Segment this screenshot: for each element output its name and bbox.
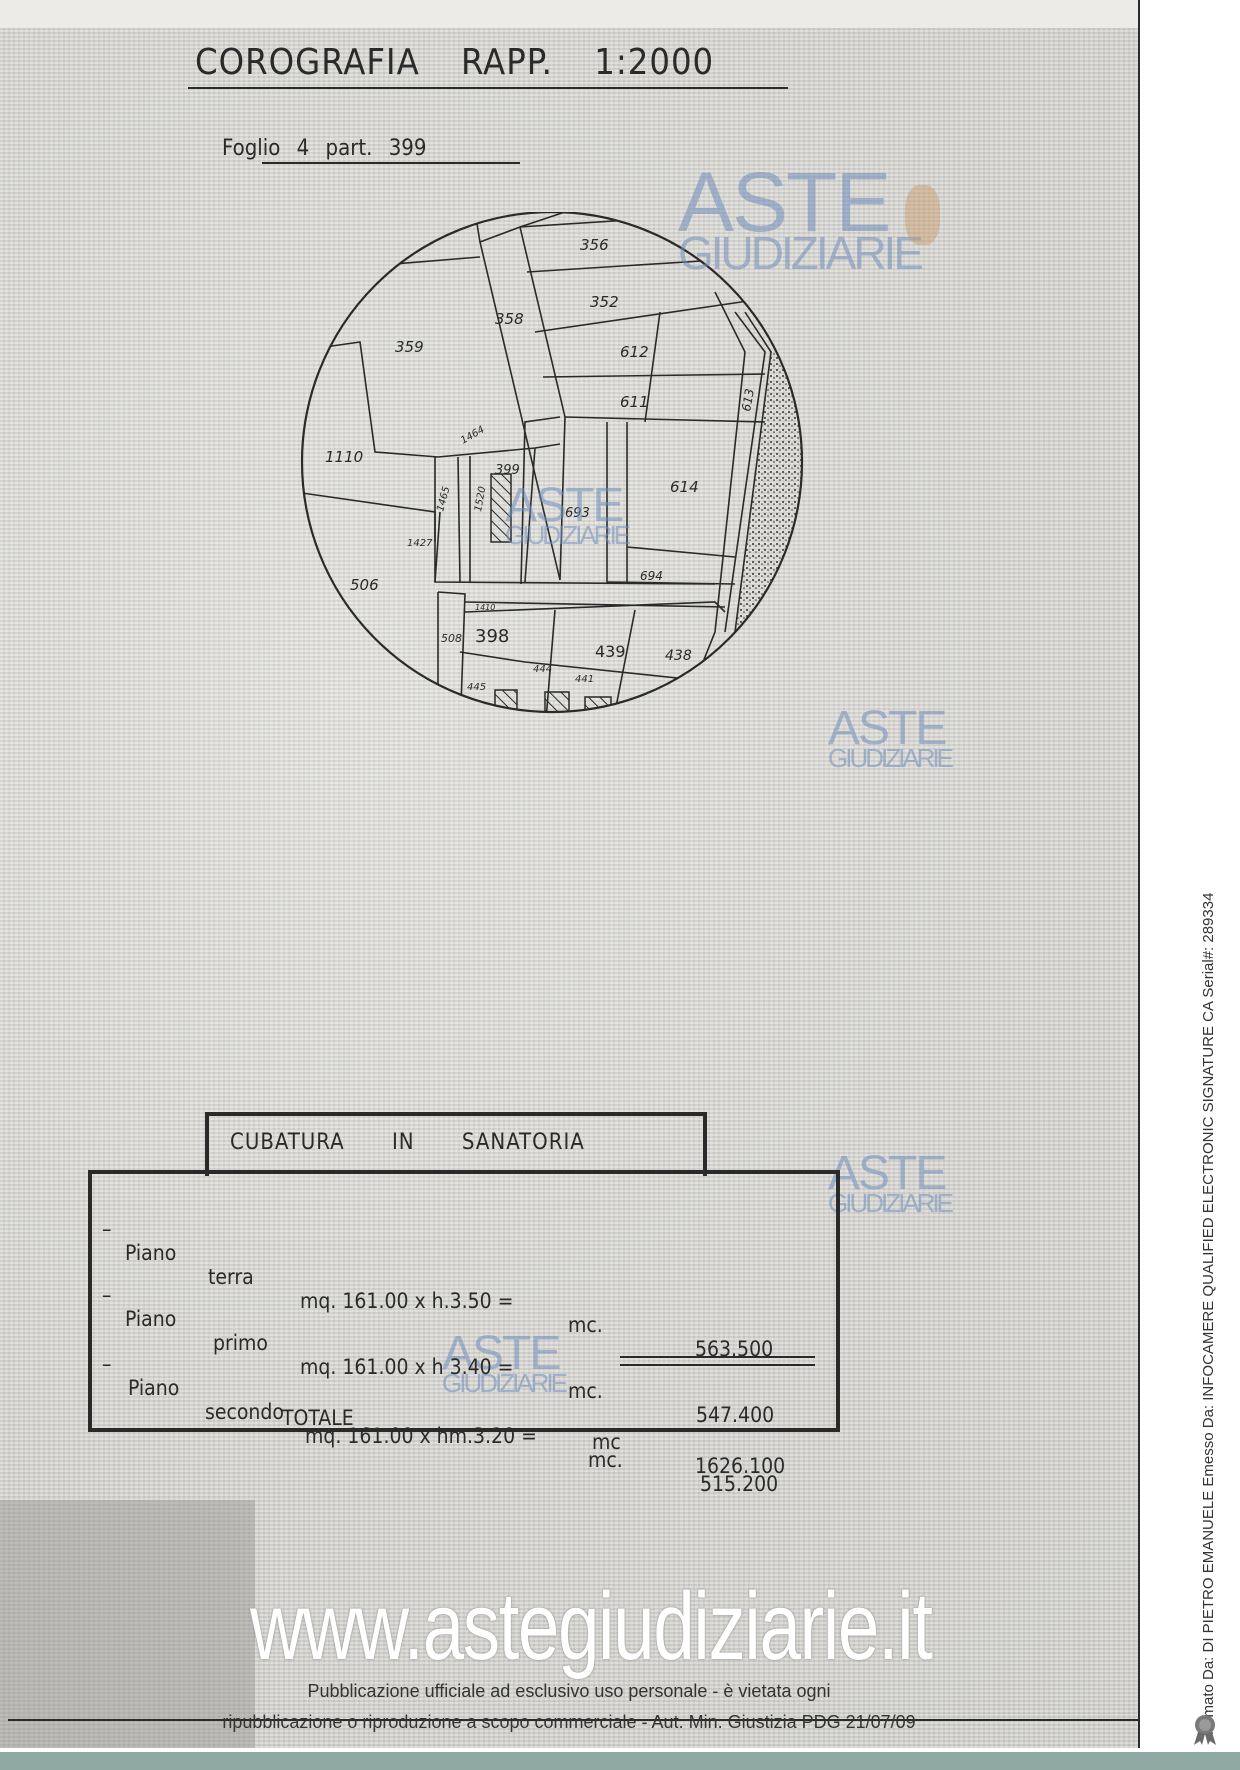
aste-watermark-2: ASTE GIUDIZIARIE [828, 705, 951, 771]
parcel-1464: 1464 [459, 424, 487, 446]
parcel-399: 399 [495, 463, 520, 478]
foglio-subtitle: Foglio 4 part. 399 [222, 136, 426, 161]
aste-watermark-4: ASTE GIUDIZIARIE [828, 1150, 951, 1216]
subtitle-underline [262, 162, 520, 164]
total-value: 1626.100 [695, 1454, 785, 1478]
parcel-611: 611 [620, 393, 649, 411]
parcel-1110: 1110 [325, 448, 363, 466]
cadastral-map: 356 352 358 359 612 611 613 1110 1464 14… [295, 212, 815, 732]
parcel-441: 441 [575, 674, 594, 685]
digital-signature-text: Firmato Da: DI PIETRO EMANUELE Emesso Da… [1200, 893, 1217, 1735]
cubatura-heading: CUBATURA IN SANATORIA [230, 1130, 585, 1155]
aste-watermark-3: ASTE GIUDIZIARIE [505, 482, 628, 548]
watermark-gavel-icon [905, 185, 940, 245]
page-title: COROGRAFIA RAPP. 1:2000 [195, 42, 714, 83]
footer-notice-line2: ripubblicazione o riproduzione a scopo c… [0, 1712, 1138, 1733]
parcel-1520: 1520 [473, 486, 488, 513]
parcel-1410: 1410 [475, 603, 495, 612]
site-url-watermark: www.astegiudiziarie.it [250, 1572, 932, 1682]
parcel-614: 614 [670, 478, 699, 496]
parcel-508: 508 [441, 632, 462, 645]
parcel-356: 356 [580, 236, 609, 254]
title-underline [188, 87, 788, 89]
parcel-694: 694 [640, 569, 663, 583]
parcel-613: 613 [739, 388, 757, 413]
scan-shadow [0, 1500, 255, 1748]
parcel-1465: 1465 [435, 485, 452, 512]
parcel-358: 358 [495, 310, 524, 328]
total-unit: mc [592, 1430, 621, 1454]
parcel-612: 612 [620, 343, 649, 361]
parcel-439: 439 [595, 642, 626, 661]
aste-watermark-1: ASTE GIUDIZIARIE [678, 160, 921, 276]
parcel-398: 398 [475, 626, 509, 647]
parcel-445: 445 [467, 682, 486, 693]
sum-double-rule [620, 1356, 815, 1366]
parcel-1427: 1427 [407, 538, 433, 549]
parcel-506: 506 [350, 576, 379, 594]
scale-text: RAPP. 1:2000 [461, 42, 714, 83]
page-top-strip [0, 0, 1138, 28]
rosette-seal-icon [1188, 1712, 1222, 1746]
parcel-438: 438 [665, 648, 692, 664]
scan-bottom-band [0, 1752, 1240, 1770]
total-label: TOTALE [282, 1406, 354, 1430]
parcel-444: 444 [533, 664, 552, 675]
footer-notice-line1: Pubblicazione ufficiale ad esclusivo uso… [0, 1681, 1138, 1702]
title-text: COROGRAFIA [195, 42, 420, 83]
parcel-352: 352 [590, 293, 619, 311]
cubatura-total-row: TOTALE mc 1626.100 [0, 1382, 12, 1478]
parcel-359: 359 [395, 338, 424, 356]
